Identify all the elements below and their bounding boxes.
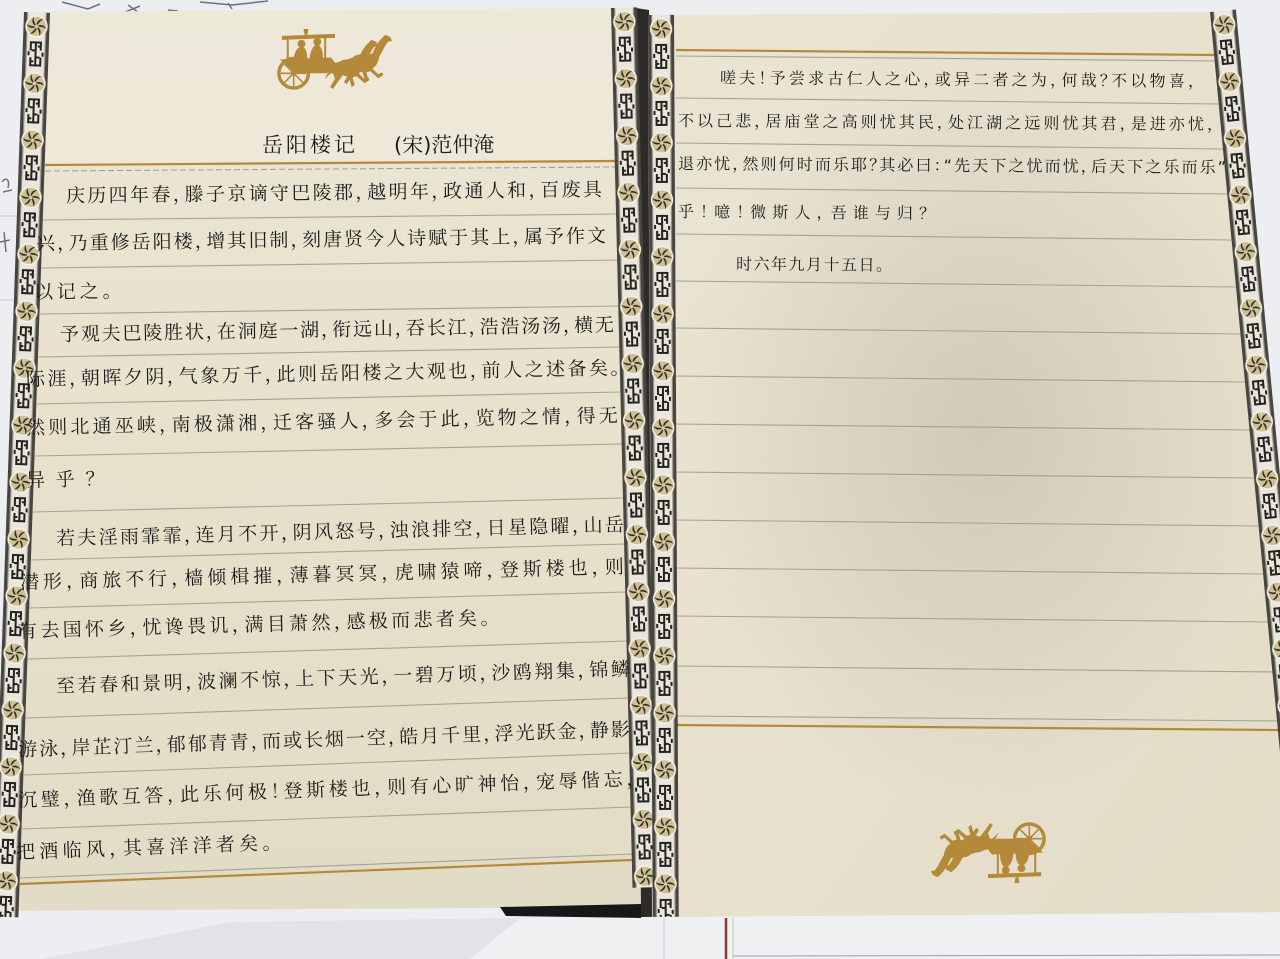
date-line: 时六年九月十五日。	[736, 250, 884, 279]
essay-title: 岳阳楼记	[262, 131, 358, 160]
photo-scene	[0, 0, 1280, 959]
text-line: 嗟夫！予尝求古仁人之心，或异二者之为，何哉？不以物喜，	[720, 64, 1196, 95]
text-line: 以记之。	[34, 277, 112, 306]
text-line: 异乎？	[26, 465, 96, 494]
text-line: 乎！噫！微斯人，吾谁与归？	[678, 198, 927, 228]
essay-author: (宋)范仲淹	[394, 131, 495, 160]
text-line: 不以己悲，居庙堂之高则忧其民，处江湖之远则忧其君，是进亦忧，	[678, 107, 1215, 139]
text-line: 退亦忧，然则何时而乐耶？其必曰：“先天下之忧而忧，后天下之乐而乐”	[678, 150, 1226, 182]
border-strip-right-page-inner	[648, 15, 679, 920]
